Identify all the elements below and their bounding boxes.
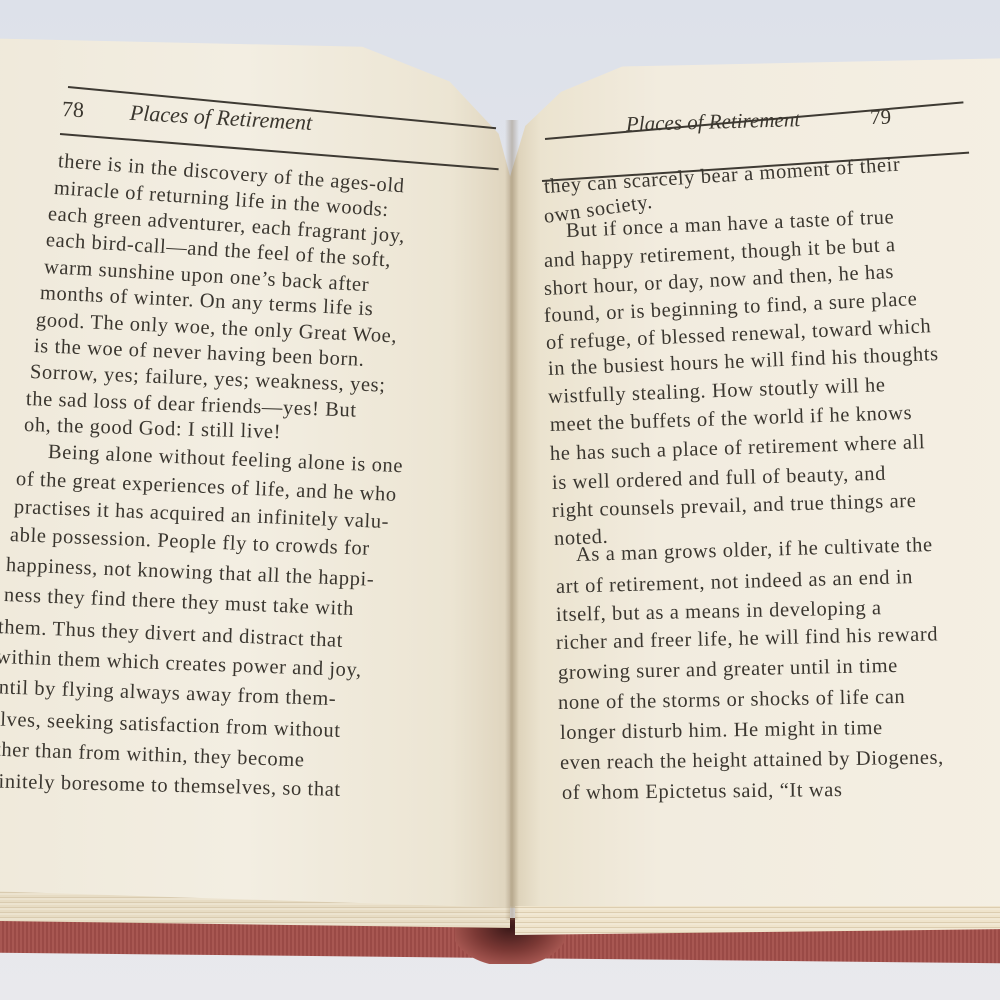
right-running-title: Places of Retirement [626, 107, 801, 136]
book-gutter [505, 120, 519, 920]
book-photo: 78Places of Retirement Places of Retirem… [0, 0, 1000, 1000]
text-line: of whom Epictetus said, “It was [562, 779, 843, 805]
right-page-number: 79 [870, 105, 892, 130]
left-page-number: 78 [61, 96, 84, 122]
